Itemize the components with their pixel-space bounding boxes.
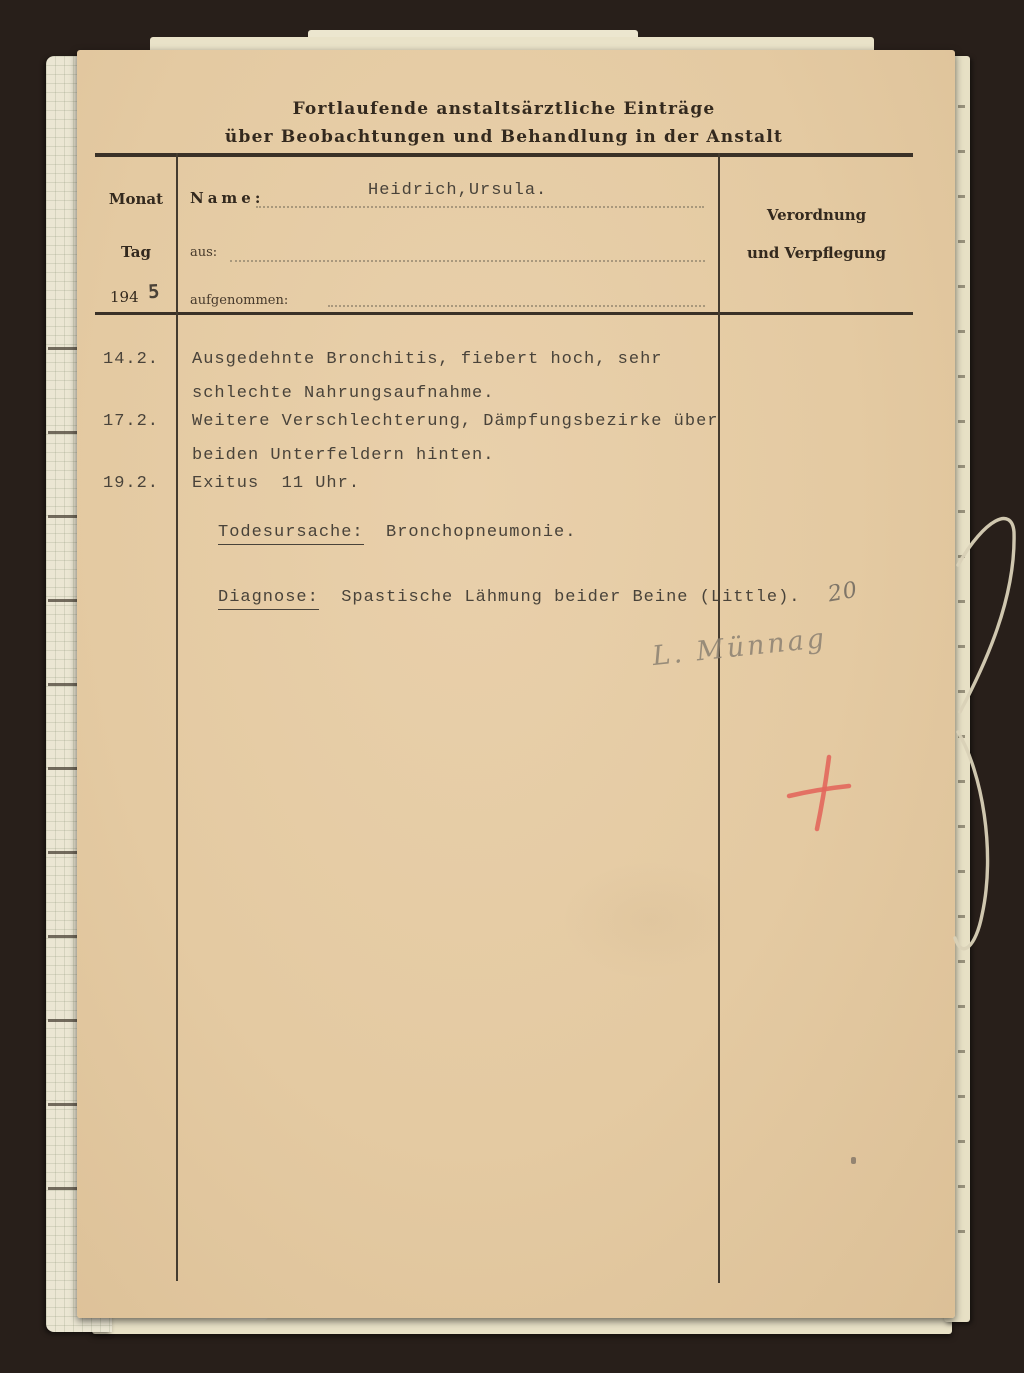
spacer	[319, 588, 341, 607]
diagnosis-value: Spastische Lähmung beider Beine (Little)…	[341, 588, 800, 607]
table-top-rule	[95, 153, 913, 157]
paper-stain	[560, 860, 740, 980]
dotted-line-admitted	[328, 304, 705, 307]
dotted-line-name	[256, 205, 704, 208]
spacer	[364, 523, 386, 542]
entry-date: 17.2.	[103, 412, 159, 431]
entry-text: Ausgedehnte Bronchitis, fiebert hoch, se…	[192, 350, 662, 369]
form-title-line2: über Beobachtungen und Behandlung in der…	[95, 127, 913, 147]
form-title-line1: Fortlaufende anstaltsärztliche Einträge	[95, 99, 913, 119]
diagnosis-line: Diagnose: Spastische Lähmung beider Bein…	[218, 588, 801, 607]
label-admitted: aufgenommen:	[190, 293, 288, 308]
entry-text: beiden Unterfeldern hinten.	[192, 446, 494, 465]
handwritten-number: 20	[826, 578, 860, 608]
entry-date: 19.2.	[103, 474, 159, 493]
entry-text: Exitus 11 Uhr.	[192, 474, 360, 493]
label-month: Monat	[95, 190, 177, 208]
label-care: und Verpflegung	[720, 244, 913, 262]
patient-name-value: Heidrich,Ursula.	[368, 181, 547, 200]
entry-text: schlechte Nahrungsaufnahme.	[192, 384, 494, 403]
cause-of-death-label: Todesursache:	[218, 523, 364, 545]
table-header-rule	[95, 312, 913, 315]
entry-text: Weitere Verschlechterung, Dämpfungsbezir…	[192, 412, 718, 431]
cause-of-death-value: Bronchopneumonie.	[386, 523, 576, 542]
red-cross-mark	[780, 745, 870, 845]
dotted-line-from	[230, 259, 705, 262]
binding-thread	[900, 460, 1024, 980]
cause-of-death-line: Todesursache: Bronchopneumonie.	[218, 523, 576, 542]
entry-date: 14.2.	[103, 350, 159, 369]
handwritten-year-digit: 5	[147, 281, 160, 304]
label-day: Tag	[95, 243, 177, 261]
label-prescription: Verordnung	[720, 206, 913, 224]
diagnosis-label: Diagnose:	[218, 588, 319, 610]
table-vertical-rule-right	[718, 153, 720, 1283]
label-name: Name:	[190, 189, 264, 207]
label-from: aus:	[190, 245, 217, 260]
table-vertical-rule-left	[176, 153, 178, 1281]
document-page	[77, 50, 955, 1318]
label-year-printed: 194	[110, 288, 139, 306]
paper-speck	[851, 1157, 856, 1164]
